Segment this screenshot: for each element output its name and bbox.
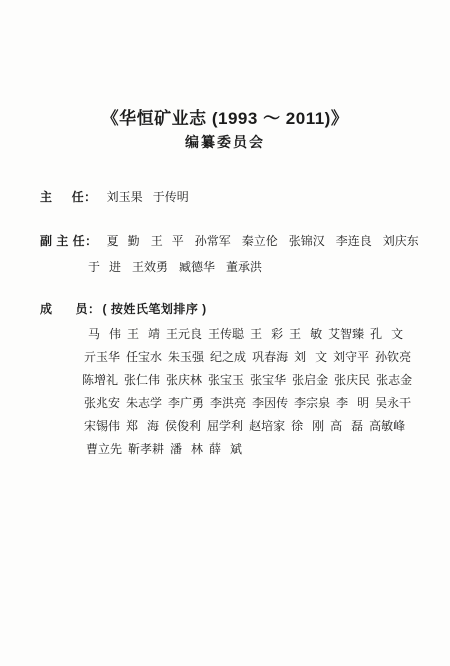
director-names: 刘玉果于传明	[107, 190, 189, 204]
members-header-row: 成 员： ( 按姓氏笔划排序 )	[40, 302, 207, 316]
members-name-row: 亓玉华任宝水朱玉强纪之成巩春海刘 文刘守平孙钦亮	[84, 350, 411, 364]
person-name: 于 进	[88, 260, 121, 274]
person-name: 赵培家	[249, 419, 285, 433]
person-name: 孔 文	[370, 327, 403, 341]
person-name: 王效勇	[132, 260, 168, 274]
person-name: 孙钦亮	[375, 350, 411, 364]
person-name: 张庆民	[334, 373, 370, 387]
members-names-line: 亓玉华任宝水朱玉强纪之成巩春海刘 文刘守平孙钦亮	[84, 350, 411, 364]
person-name: 刘守平	[333, 350, 369, 364]
person-name: 朱玉强	[168, 350, 204, 364]
person-name: 吴永干	[375, 396, 411, 410]
members-name-row: 曹立先靳孝耕潘 林薛 斌	[86, 442, 242, 456]
person-name: 朱志学	[126, 396, 162, 410]
deputy-director-names-line1: 夏 勤王 平孙常军秦立伦张锦汉李连良刘庆东	[107, 234, 419, 248]
person-name: 王传聪	[208, 327, 244, 341]
members-names-line: 宋锡伟郑 海侯俊利屈学利赵培家徐 刚高 磊高敏峰	[84, 419, 405, 433]
person-name: 李洪亮	[210, 396, 246, 410]
person-name: 王元良	[166, 327, 202, 341]
person-name: 刘玉果	[107, 190, 143, 204]
person-name: 陈增礼	[82, 373, 118, 387]
person-name: 于传明	[153, 190, 189, 204]
person-name: 王 彩	[250, 327, 283, 341]
person-name: 董承洪	[226, 260, 262, 274]
book-title: 《华恒矿业志 (1993 ～ 2011)》	[0, 104, 450, 129]
document-page: 《华恒矿业志 (1993 ～ 2011)》 编纂委员会 主 任： 刘玉果于传明 …	[0, 0, 450, 666]
person-name: 刘庆东	[383, 234, 419, 248]
person-name: 高敏峰	[369, 419, 405, 433]
person-name: 高 磊	[330, 419, 363, 433]
person-name: 张宝华	[250, 373, 286, 387]
person-name: 张仁伟	[124, 373, 160, 387]
person-name: 屈学利	[207, 419, 243, 433]
members-names-line: 马 伟王 靖王元良王传聪王 彩王 敏艾智臻孔 文	[88, 327, 403, 341]
person-name: 亓玉华	[84, 350, 120, 364]
person-name: 张志金	[376, 373, 412, 387]
person-name: 张庆林	[166, 373, 202, 387]
person-name: 秦立伦	[242, 234, 278, 248]
deputy-director-row-1: 副 主 任： 夏 勤王 平孙常军秦立伦张锦汉李连良刘庆东	[40, 234, 419, 248]
person-name: 任宝水	[126, 350, 162, 364]
director-label: 主 任：	[40, 190, 97, 204]
person-name: 巩春海	[252, 350, 288, 364]
person-name: 李 明	[336, 396, 369, 410]
person-name: 张兆安	[84, 396, 120, 410]
person-name: 薛 斌	[209, 442, 242, 456]
person-name: 靳孝耕	[128, 442, 164, 456]
person-name: 王 平	[151, 234, 184, 248]
deputy-director-names-line2: 于 进王效勇臧德华董承洪	[88, 260, 262, 274]
person-name: 刘 文	[294, 350, 327, 364]
members-name-row: 宋锡伟郑 海侯俊利屈学利赵培家徐 刚高 磊高敏峰	[84, 419, 405, 433]
person-name: 王 靖	[127, 327, 160, 341]
person-name: 张锦汉	[289, 234, 325, 248]
person-name: 徐 刚	[291, 419, 324, 433]
person-name: 臧德华	[179, 260, 215, 274]
person-name: 艾智臻	[328, 327, 364, 341]
person-name: 李广勇	[168, 396, 204, 410]
person-name: 李宗泉	[294, 396, 330, 410]
person-name: 夏 勤	[107, 234, 140, 248]
person-name: 郑 海	[126, 419, 159, 433]
person-name: 张宝玉	[208, 373, 244, 387]
members-names-line: 陈增礼张仁伟张庆林张宝玉张宝华张启金张庆民张志金	[82, 373, 412, 387]
members-sort-note: ( 按姓氏笔划排序 )	[103, 302, 207, 316]
person-name: 马 伟	[88, 327, 121, 341]
members-name-row: 张兆安朱志学李广勇李洪亮李因传李宗泉李 明吴永干	[84, 396, 411, 410]
members-names-line: 张兆安朱志学李广勇李洪亮李因传李宗泉李 明吴永干	[84, 396, 411, 410]
person-name: 潘 林	[170, 442, 203, 456]
person-name: 李连良	[336, 234, 372, 248]
person-name: 曹立先	[86, 442, 122, 456]
director-row: 主 任： 刘玉果于传明	[40, 190, 189, 204]
person-name: 侯俊利	[165, 419, 201, 433]
person-name: 王 敏	[289, 327, 322, 341]
members-name-row: 马 伟王 靖王元良王传聪王 彩王 敏艾智臻孔 文	[88, 327, 403, 341]
person-name: 纪之成	[210, 350, 246, 364]
members-names-line: 曹立先靳孝耕潘 林薛 斌	[86, 442, 242, 456]
deputy-director-label: 副 主 任：	[40, 234, 98, 248]
person-name: 孙常军	[195, 234, 231, 248]
members-label: 成 员：	[40, 302, 101, 316]
person-name: 张启金	[292, 373, 328, 387]
deputy-director-row-2: 于 进王效勇臧德华董承洪	[88, 260, 262, 274]
committee-title: 编纂委员会	[0, 132, 450, 152]
person-name: 宋锡伟	[84, 419, 120, 433]
members-name-row: 陈增礼张仁伟张庆林张宝玉张宝华张启金张庆民张志金	[82, 373, 412, 387]
person-name: 李因传	[252, 396, 288, 410]
